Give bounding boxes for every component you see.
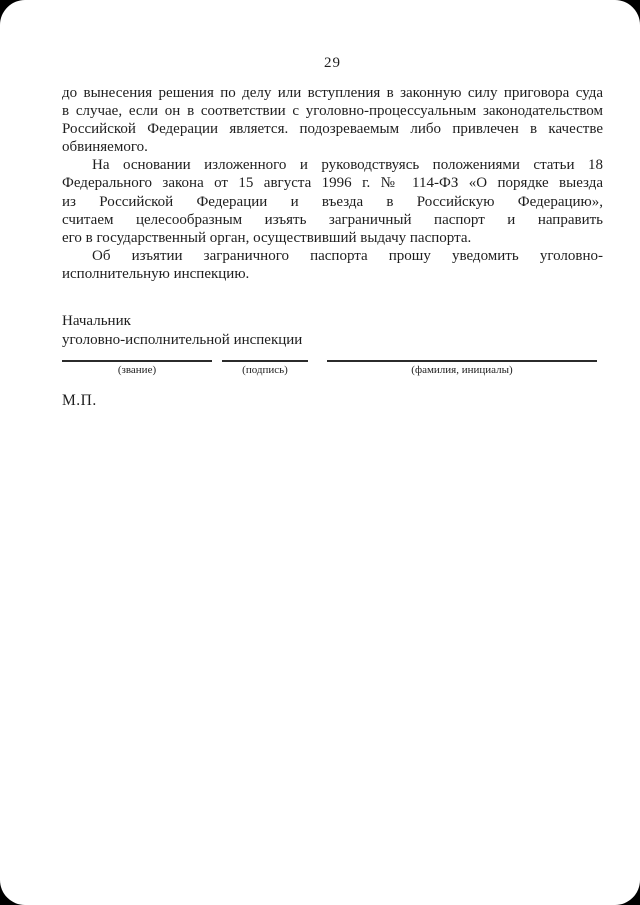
text-line: Федерального закона от 15 августа 1996 г… <box>62 174 603 192</box>
signatory-position-line: Начальник <box>62 312 302 331</box>
text-line: до вынесения решения по делу или вступле… <box>62 84 603 102</box>
text-line: исполнительную инспекцию. <box>62 265 603 283</box>
paragraph: до вынесения решения по делу или вступле… <box>62 84 603 156</box>
signature-line-row: (звание) (подпись) (фамилия, инициалы) <box>62 360 597 376</box>
signatory-position-line: уголовно-исполнительной инспекции <box>62 331 302 350</box>
text-line: его в государственный орган, осуществивш… <box>62 229 603 247</box>
signature-blank-rank: (звание) <box>62 360 212 376</box>
text-line: из Российской Федерации и въезда в Росси… <box>62 193 603 211</box>
text-line: считаем целесообразным изъять заграничны… <box>62 211 603 229</box>
signature-blank-label: (фамилия, инициалы) <box>411 364 512 376</box>
text-line: На основании изложенного и руководствуяс… <box>62 156 603 174</box>
signature-blank-label: (звание) <box>118 364 156 376</box>
signature-blank-fullname: (фамилия, инициалы) <box>327 360 597 376</box>
paragraph: На основании изложенного и руководствуяс… <box>62 156 603 246</box>
text-line: Об изъятии заграничного паспорта прошу у… <box>62 247 603 265</box>
signature-blank-label: (подпись) <box>242 364 288 376</box>
text-line: в случае, если он в соответствии с уголо… <box>62 102 603 120</box>
document-page: 29 до вынесения решения по делу или всту… <box>0 0 640 905</box>
page-number: 29 <box>62 55 603 72</box>
text-line: обвиняемого. <box>62 138 603 156</box>
text-line: Российской Федерации является. подозрева… <box>62 120 603 138</box>
signatory-position: Начальник уголовно-исполнительной инспек… <box>62 312 302 349</box>
paragraph: Об изъятии заграничного паспорта прошу у… <box>62 247 603 283</box>
body-text: до вынесения решения по делу или вступле… <box>62 84 603 283</box>
signature-blank-signature: (подпись) <box>222 360 308 376</box>
stamp-placeholder: М.П. <box>62 392 97 410</box>
